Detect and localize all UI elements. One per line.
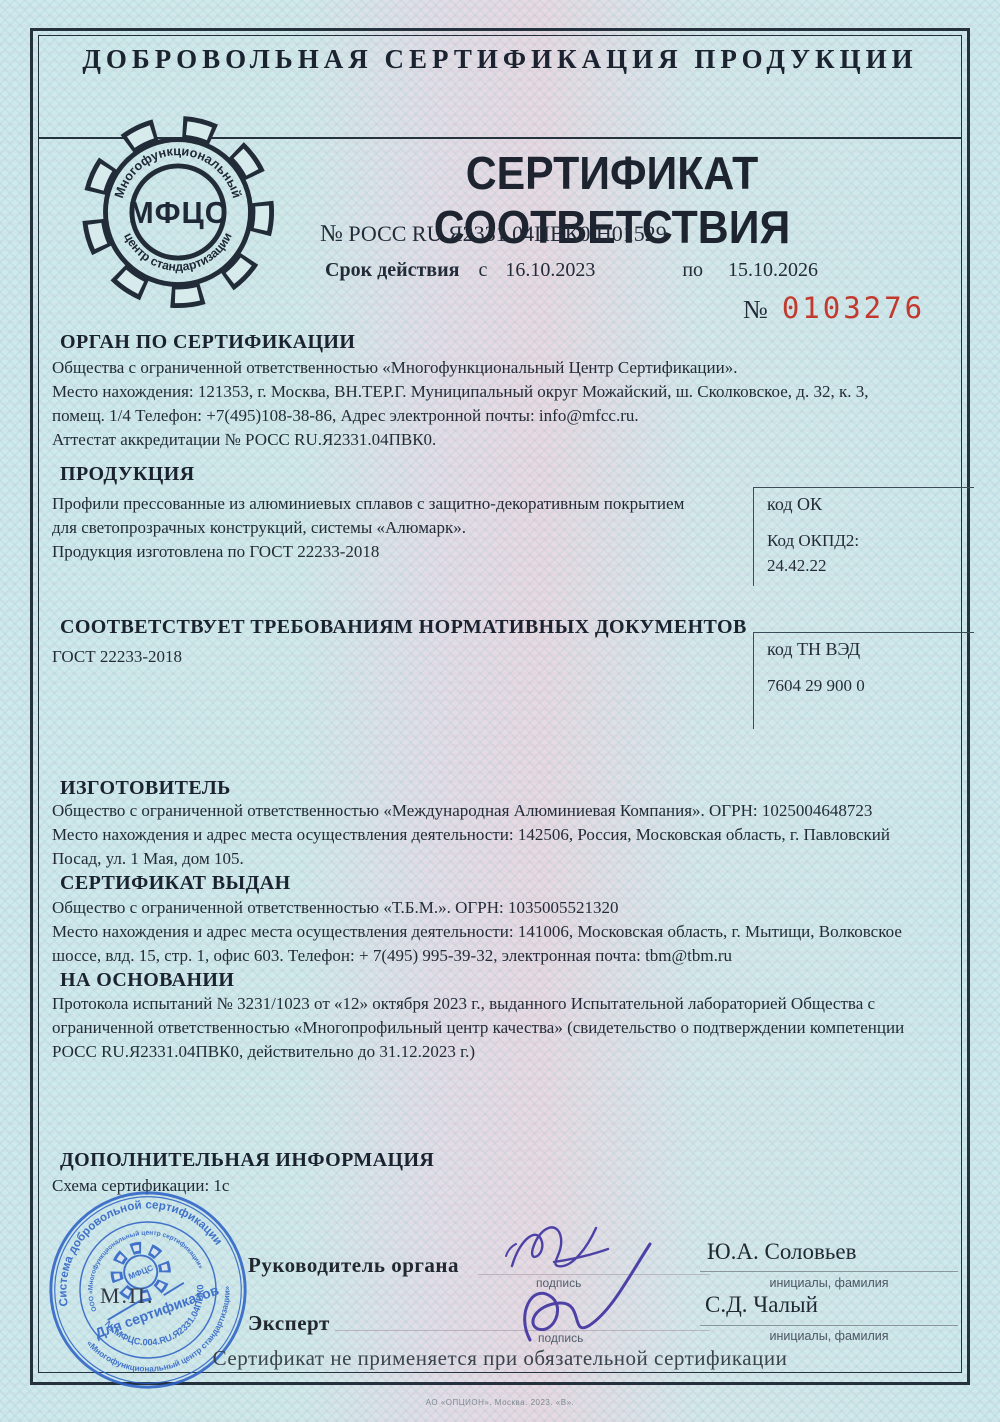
section-organ-body: Общества с ограниченной ответственностью… bbox=[52, 356, 868, 452]
text-line: шоссе, влд. 15, стр. 1, офис 603. Телефо… bbox=[52, 944, 902, 968]
head-name: Ю.А. Соловьев bbox=[707, 1239, 856, 1265]
head-name-line bbox=[700, 1271, 958, 1272]
code-ok-label: код ОК bbox=[767, 494, 974, 515]
text-line: РОСС RU.Я2331.04ПВК0, действительно до 3… bbox=[52, 1040, 904, 1064]
from-label: с bbox=[478, 259, 487, 281]
validity-row: Срок действия с 16.10.2023 по 15.10.2026 bbox=[325, 259, 818, 282]
section-title-conform: СООТВЕТСТВУЕТ ТРЕБОВАНИЯМ НОРМАТИВНЫХ ДО… bbox=[60, 616, 747, 639]
okpd-code: Код ОКПД2: 24.42.22 bbox=[767, 528, 974, 578]
expert-name-caption: инициалы, фамилия bbox=[700, 1329, 958, 1343]
text-line: помещ. 1/4 Телефон: +7(495)108-38-86, Ад… bbox=[52, 404, 868, 428]
text-line: Аттестат аккредитации № РОСС RU.Я2331.04… bbox=[52, 428, 868, 452]
text-line: для светопрозрачных конструкций, системы… bbox=[52, 516, 684, 540]
okpd-value: 24.42.22 bbox=[767, 553, 974, 578]
signature-strokes bbox=[498, 1212, 678, 1352]
section-title-issued: СЕРТИФИКАТ ВЫДАН bbox=[60, 872, 291, 895]
mp-label: М.П. bbox=[100, 1283, 154, 1309]
logo-abbr: МФЦС bbox=[128, 196, 227, 230]
section-conform-body: ГОСТ 22233-2018 bbox=[52, 645, 182, 669]
section-issued-body: Общество с ограниченной ответственностью… bbox=[52, 896, 902, 968]
mfcs-gear-logo: Многофункциональный центр стандартизации… bbox=[80, 110, 276, 316]
to-label: по bbox=[682, 259, 703, 281]
section-title-manufacturer: ИЗГОТОВИТЕЛЬ bbox=[60, 777, 231, 800]
valid-from-date: 16.10.2023 bbox=[505, 259, 595, 281]
text-line: Протокола испытаний № 3231/1023 от «12» … bbox=[52, 992, 904, 1016]
section-title-product: ПРОДУКЦИЯ bbox=[60, 463, 195, 486]
expert-role-label: Эксперт bbox=[248, 1311, 330, 1336]
expert-name: С.Д. Чалый bbox=[705, 1292, 818, 1318]
section-title-basis: НА ОСНОВАНИИ bbox=[60, 969, 234, 992]
section-basis-body: Протокола испытаний № 3231/1023 от «12» … bbox=[52, 992, 904, 1064]
okpd-label: Код ОКПД2: bbox=[767, 528, 974, 553]
blank-number-row: № 0103276 bbox=[743, 291, 925, 325]
print-info: АО «ОПЦИОН». Москва. 2023. «В». bbox=[0, 1398, 1000, 1407]
text-line: Общество с ограниченной ответственностью… bbox=[52, 799, 890, 823]
text-line: Общество с ограниченной ответственностью… bbox=[52, 896, 902, 920]
expert-name-line bbox=[700, 1325, 958, 1326]
text-line: Общества с ограниченной ответственностью… bbox=[52, 356, 868, 380]
signature-caption-head: подпись bbox=[536, 1276, 581, 1290]
section-title-organ: ОРГАН ПО СЕРТИФИКАЦИИ bbox=[60, 331, 355, 354]
code-tnved-box: код ТН ВЭД 7604 29 900 0 bbox=[753, 632, 974, 729]
validity-label: Срок действия bbox=[325, 259, 459, 281]
text-line: ГОСТ 22233-2018 bbox=[52, 645, 182, 669]
blank-number-value: 0103276 bbox=[782, 291, 925, 325]
section-product-body: Профили прессованные из алюминиевых спла… bbox=[52, 492, 684, 564]
text-line: Место нахождения: 121353, г. Москва, ВН.… bbox=[52, 380, 868, 404]
stamp-gear-abbr: МФЦС bbox=[127, 1263, 154, 1281]
tnved-value: 7604 29 900 0 bbox=[767, 673, 974, 698]
text-line: Посад, ул. 1 Мая, дом 105. bbox=[52, 847, 890, 871]
top-banner: ДОБРОВОЛЬНАЯ СЕРТИФИКАЦИЯ ПРОДУКЦИИ bbox=[40, 44, 960, 75]
number-sign: № bbox=[320, 221, 343, 247]
text-line: Профили прессованные из алюминиевых спла… bbox=[52, 492, 684, 516]
section-title-additional: ДОПОЛНИТЕЛЬНАЯ ИНФОРМАЦИЯ bbox=[60, 1149, 434, 1172]
code-ok-box: код ОК Код ОКПД2: 24.42.22 bbox=[753, 487, 974, 586]
text-line: Место нахождения и адрес места осуществл… bbox=[52, 920, 902, 944]
certificate-number-value: РОСС RU.Я2331.04ПВК0.Н01529 bbox=[348, 221, 666, 246]
blank-number-sign: № bbox=[743, 295, 768, 324]
tnved-label: код ТН ВЭД bbox=[767, 639, 974, 660]
valid-to-date: 15.10.2026 bbox=[728, 259, 818, 281]
footer-note: Сертификат не применяется при обязательн… bbox=[40, 1346, 960, 1371]
section-manufacturer-body: Общество с ограниченной ответственностью… bbox=[52, 799, 890, 871]
text-line: ограниченной ответственностью «Многопроф… bbox=[52, 1016, 904, 1040]
head-name-caption: инициалы, фамилия bbox=[700, 1276, 958, 1290]
head-role-label: Руководитель органа bbox=[248, 1253, 459, 1278]
signature-caption-expert: подпись bbox=[538, 1331, 583, 1345]
certificate-page: ДОБРОВОЛЬНАЯ СЕРТИФИКАЦИЯ ПРОДУКЦИИ Мног… bbox=[0, 0, 1000, 1422]
text-line: Продукция изготовлена по ГОСТ 22233-2018 bbox=[52, 540, 684, 564]
text-line: Место нахождения и адрес места осуществл… bbox=[52, 823, 890, 847]
certificate-number: № РОСС RU.Я2331.04ПВК0.Н01529 bbox=[320, 221, 667, 248]
logo-arc-top-text: Многофункциональный bbox=[111, 143, 245, 200]
